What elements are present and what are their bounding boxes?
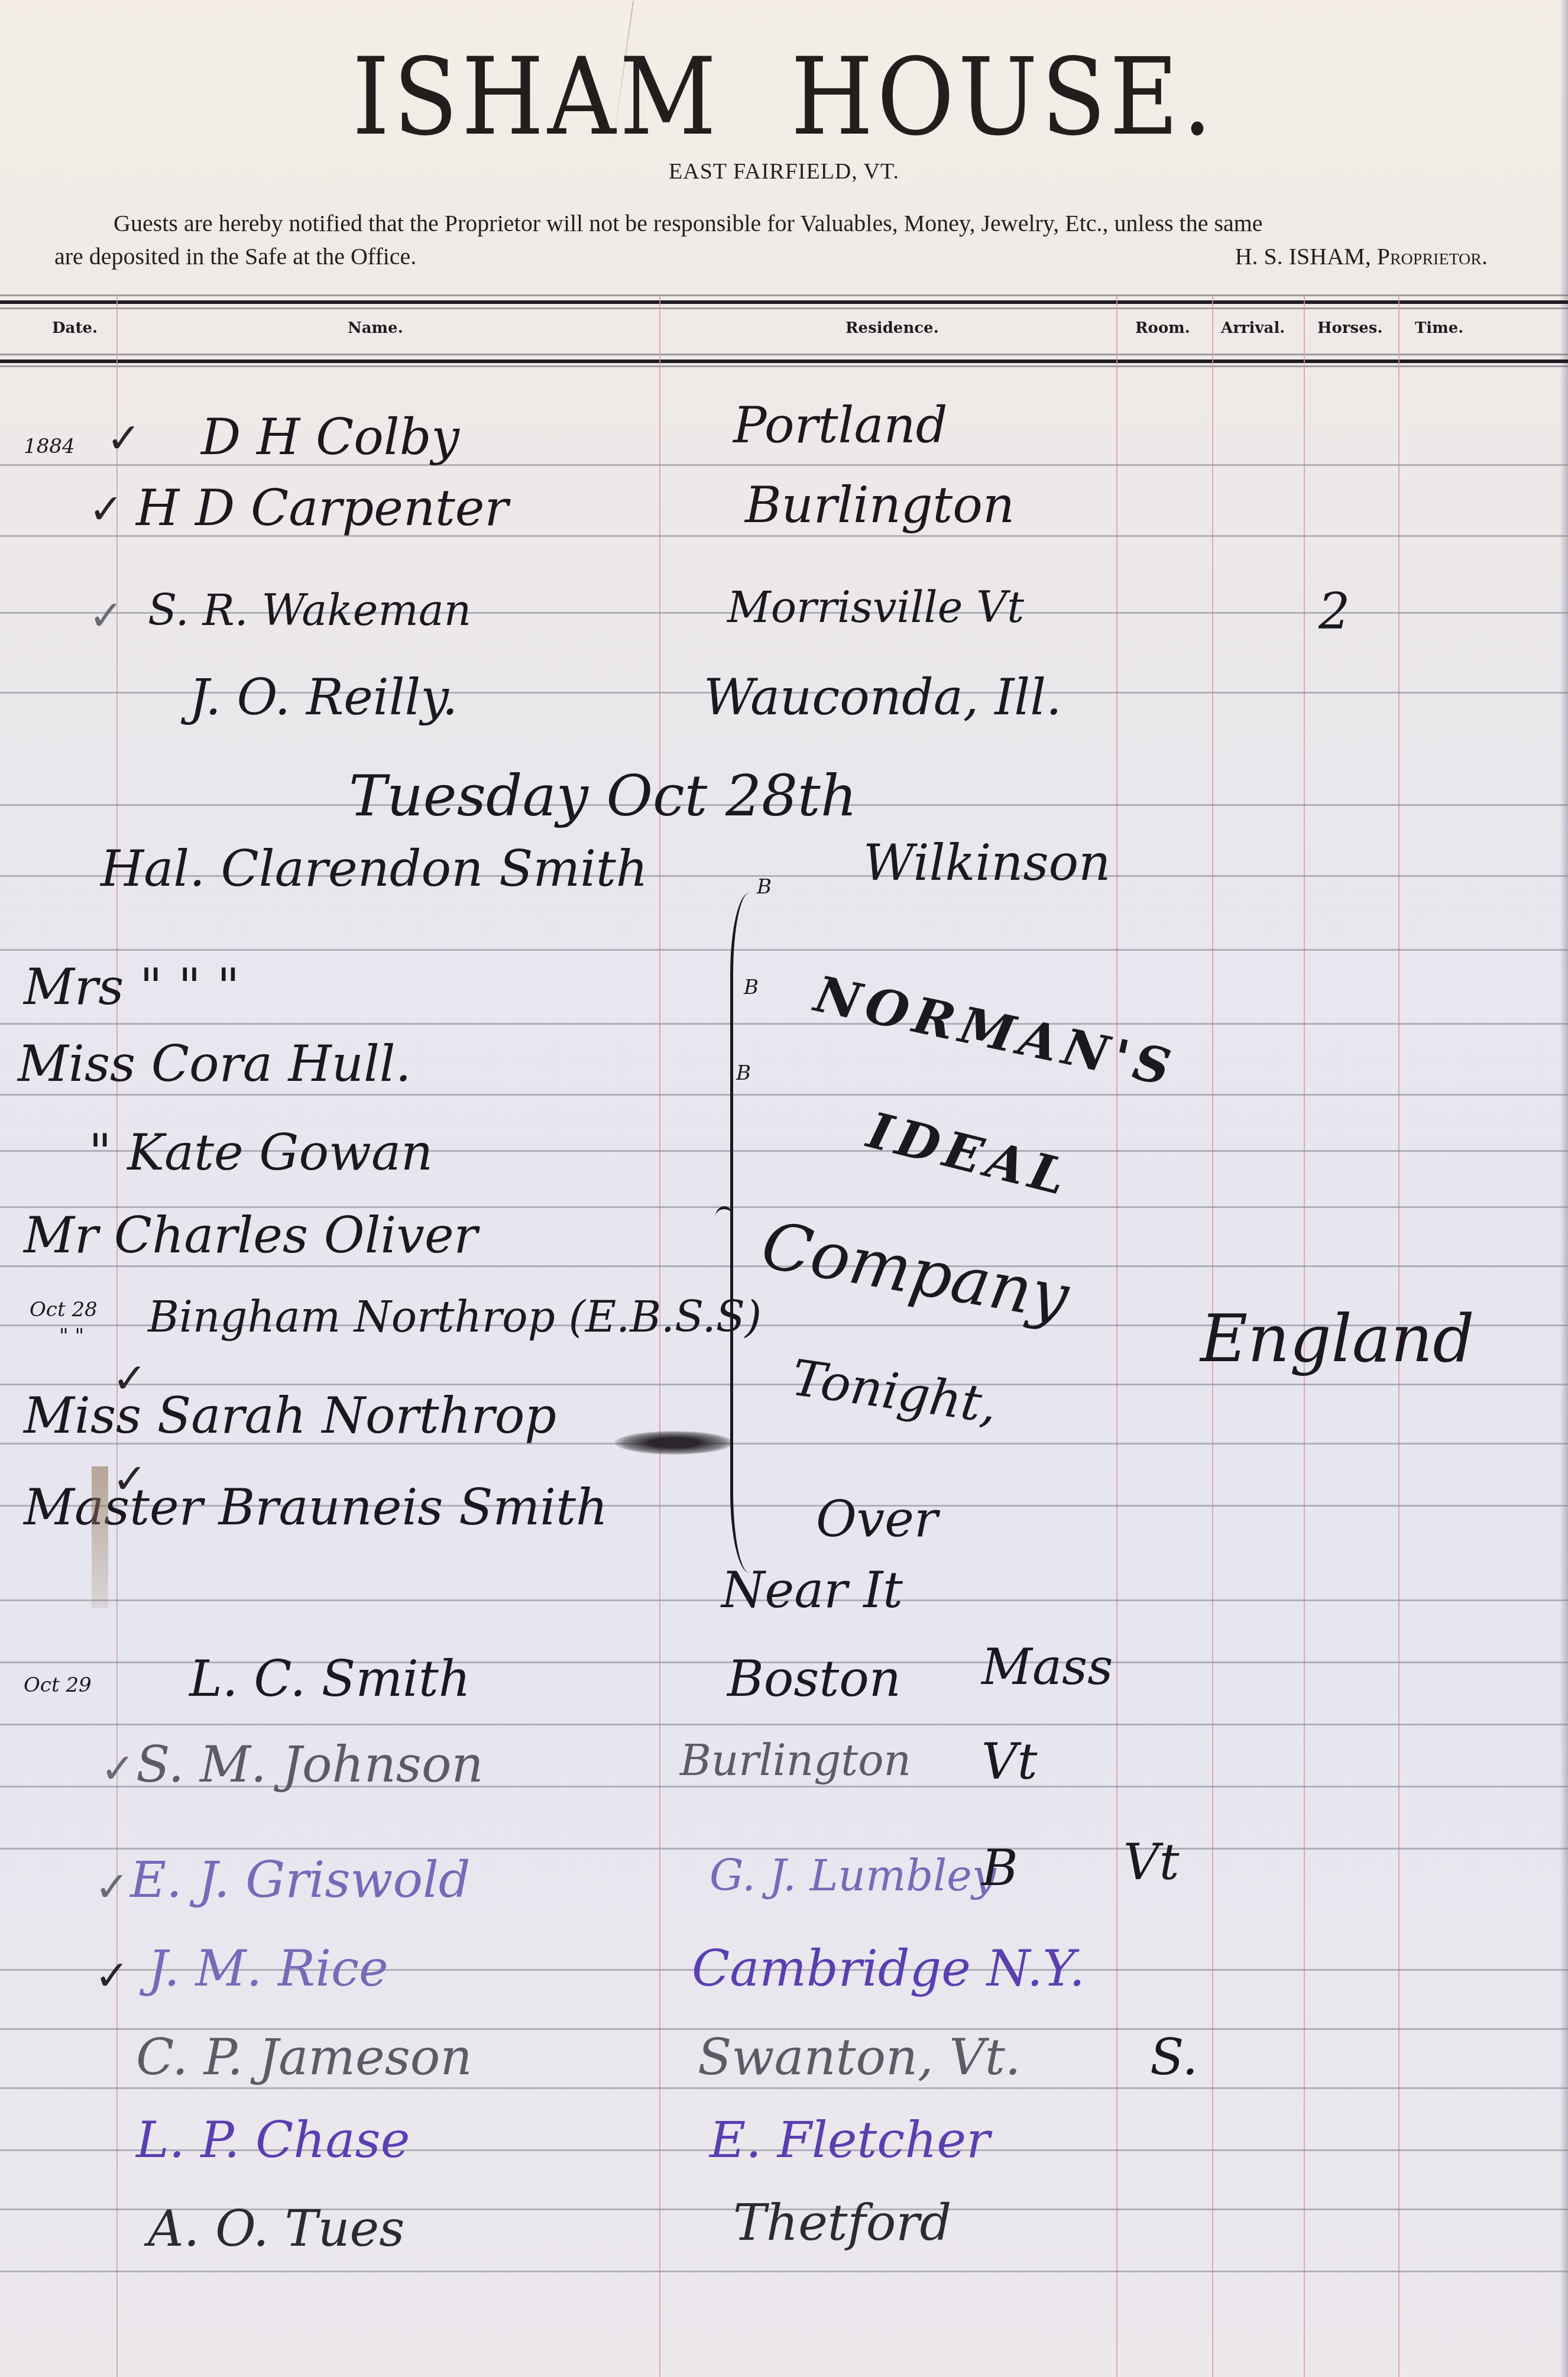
- paper-stain: [92, 1466, 108, 1608]
- guest-state: Mass: [981, 1638, 1113, 1696]
- guest-residence: Burlington: [745, 476, 1015, 534]
- guest-residence: Boston: [727, 1650, 901, 1708]
- grouping-brace: [730, 893, 769, 1573]
- guest-name: Mrs " " ": [24, 958, 239, 1016]
- guest-name: S. R. Wakeman: [148, 585, 471, 635]
- entry-date: Oct 28: [30, 1298, 98, 1322]
- guest-residence: Cambridge N.Y.: [692, 1939, 1085, 1997]
- guest-name: C. P. Jameson: [136, 2028, 472, 2086]
- guest-residence: Burlington: [680, 1735, 911, 1785]
- guest-residence: Company: [756, 1207, 1074, 1335]
- guest-state: Vt: [981, 1732, 1037, 1790]
- guest-residence: IDEAL: [862, 1100, 1077, 1207]
- guest-name: Miss Sarah Northrop: [24, 1387, 556, 1445]
- guest-name: H D Carpenter: [136, 479, 508, 537]
- guest-name: A. O. Tues: [148, 2200, 404, 2258]
- guest-name: L. P. Chase: [136, 2111, 410, 2169]
- guest-name: J. M. Rice: [148, 1939, 388, 1997]
- guest-residence: Wilkinson: [863, 834, 1110, 892]
- date-heading: Tuesday Oct 28th: [349, 763, 857, 829]
- guest-residence: G. J. Lumbley: [710, 1851, 996, 1900]
- guest-name: S. M. Johnson: [136, 1735, 484, 1793]
- guest-state: B: [981, 1839, 1018, 1897]
- guest-residence: Tonight,: [788, 1348, 1001, 1434]
- ditto-marks: " ": [59, 1324, 84, 1348]
- check-mark-icon: ✓: [95, 1951, 129, 2000]
- guest-residence: Over: [816, 1490, 938, 1548]
- guest-room: S.: [1150, 2028, 1198, 2086]
- guest-name: J. O. Reilly.: [189, 668, 458, 726]
- guest-name: Master Brauneis Smith: [24, 1478, 608, 1536]
- register-entries: 1884 ✓ D H Colby Portland ✓ H D Carpente…: [0, 0, 1568, 2377]
- guest-name: " Kate Gowan: [89, 1123, 433, 1181]
- entry-date: 1884: [24, 435, 75, 458]
- guest-name: Hal. Clarendon Smith: [101, 840, 648, 898]
- guest-name: D H Colby: [201, 408, 459, 466]
- guest-name: Bingham Northrop (E.B.S.S): [148, 1292, 762, 1342]
- guest-name: Mr Charles Oliver: [24, 1206, 478, 1264]
- guest-name: Miss Cora Hull.: [18, 1035, 411, 1093]
- guest-arrival: England: [1200, 1301, 1475, 1377]
- guest-horses: 2: [1318, 582, 1350, 640]
- guest-residence: Thetford: [733, 2194, 951, 2252]
- guest-residence: E. Fletcher: [710, 2111, 990, 2169]
- guest-residence: Wauconda, Ill.: [704, 668, 1062, 726]
- guest-room: Vt: [1123, 1833, 1179, 1891]
- ink-blot: [615, 1431, 733, 1455]
- guest-residence: Portland: [733, 396, 947, 454]
- grouping-brace-tip: [715, 1206, 733, 1227]
- check-mark-icon: ✓: [89, 485, 124, 533]
- guest-name: L. C. Smith: [189, 1650, 471, 1708]
- entry-date: Oct 29: [24, 1673, 92, 1697]
- check-mark-icon: ✓: [95, 1863, 129, 1911]
- check-mark-icon: ✓: [101, 1744, 135, 1793]
- guest-residence: Morrisville Vt: [727, 582, 1024, 632]
- check-mark-icon: ✓: [89, 591, 124, 640]
- check-mark-icon: ✓: [106, 414, 141, 462]
- guest-name: E. J. Griswold: [130, 1851, 471, 1909]
- guest-residence: Swanton, Vt.: [698, 2028, 1021, 2086]
- guest-residence: NORMAN'S: [810, 964, 1181, 1098]
